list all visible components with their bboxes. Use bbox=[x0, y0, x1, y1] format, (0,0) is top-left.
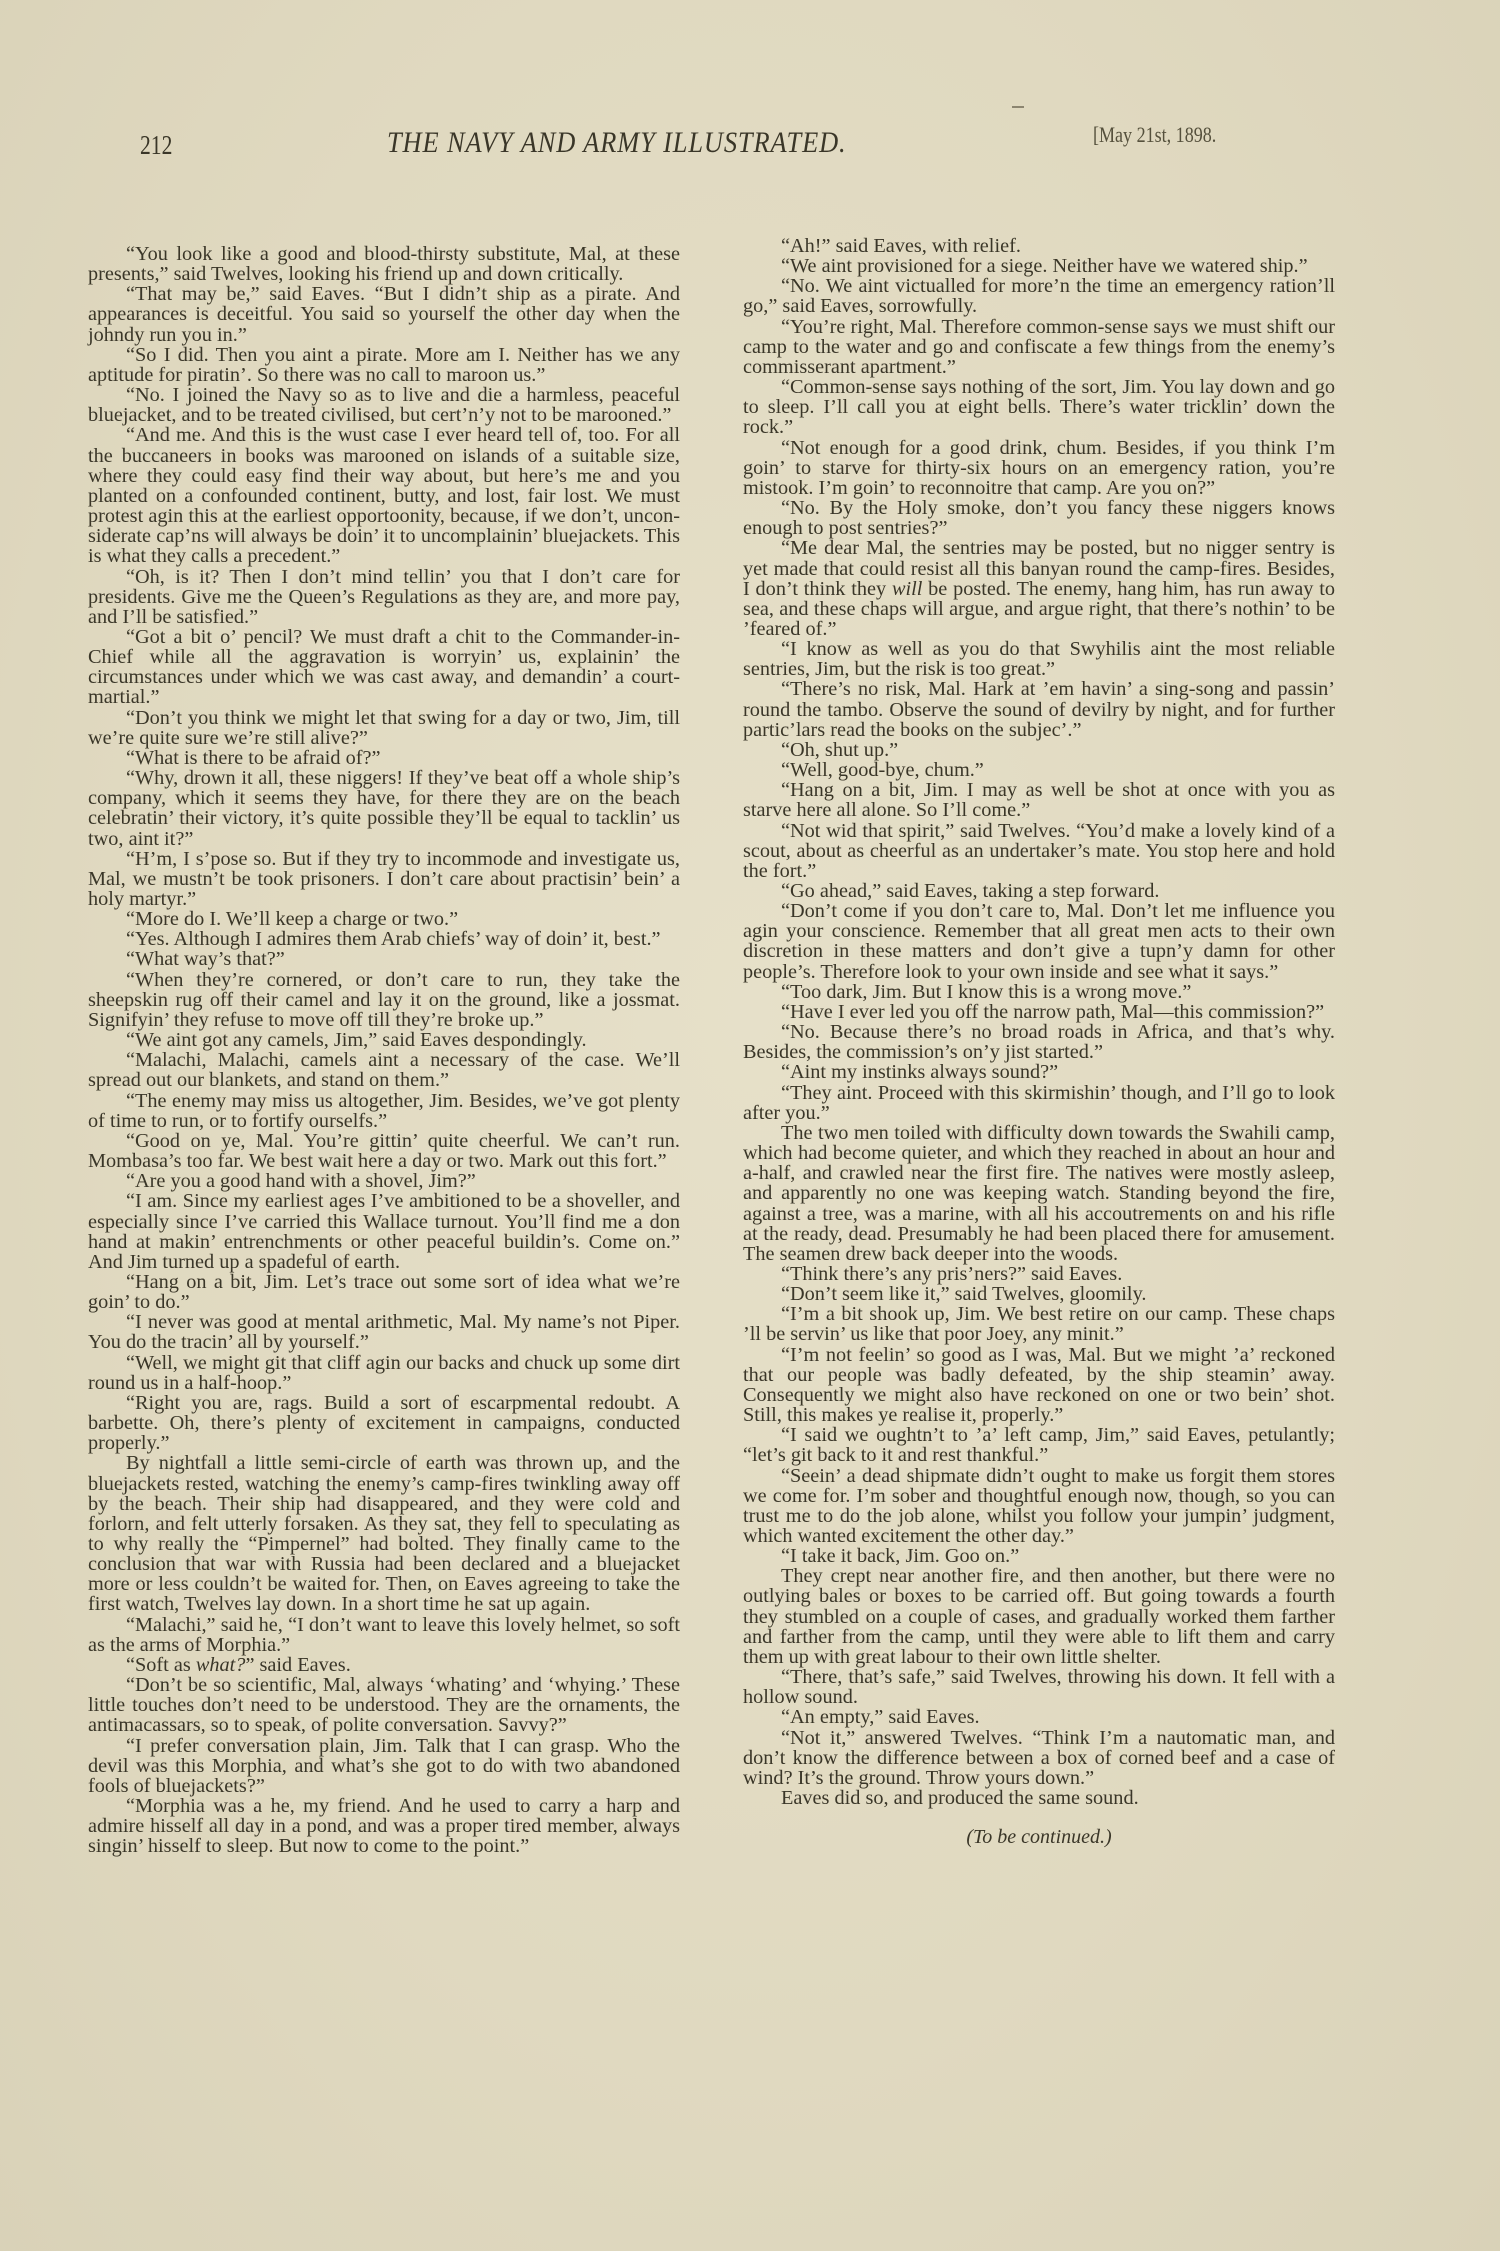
paragraph: The two men toiled with difficulty down … bbox=[743, 1123, 1335, 1264]
paragraph: “Don’t come if you don’t care to, Mal. D… bbox=[743, 901, 1335, 982]
paragraph: “H’m, I s’pose so. But if they try to in… bbox=[88, 849, 680, 909]
paragraph: “Why, drown it all, these niggers! If th… bbox=[88, 768, 680, 849]
paragraph: “Don’t be so scientific, Mal, always ‘wh… bbox=[88, 1675, 680, 1735]
paragraph: “I prefer conversation plain, Jim. Talk … bbox=[88, 1736, 680, 1796]
paragraph: “Yes. Although I admires them Arab chief… bbox=[88, 929, 680, 949]
paragraph: “You look like a good and blood-thirsty … bbox=[88, 244, 680, 284]
right-column: “Ah!” said Eaves, with relief.“We aint p… bbox=[743, 236, 1335, 1867]
paragraph: “Common-sense says nothing of the sort, … bbox=[743, 377, 1335, 437]
paragraph: “Oh, is it? Then I don’t mind tellin’ yo… bbox=[88, 567, 680, 627]
paragraph: “Go ahead,” said Eaves, taking a step fo… bbox=[743, 881, 1335, 901]
paragraph: “Me dear Mal, the sentries may be posted… bbox=[743, 538, 1335, 639]
to-be-continued-note: (To be continued.) bbox=[743, 1827, 1335, 1847]
paragraph: “I am. Since my earliest ages I’ve ambit… bbox=[88, 1191, 680, 1272]
paragraph: “You’re right, Mal. Therefore common-sen… bbox=[743, 317, 1335, 377]
paragraph: “Soft as what?” said Eaves. bbox=[88, 1655, 680, 1675]
paragraph: “Don’t you think we might let that swing… bbox=[88, 708, 680, 748]
journal-title: THE NAVY AND ARMY ILLUSTRATED. bbox=[387, 126, 847, 160]
paragraph: “I’m not feelin’ so good as I was, Mal. … bbox=[743, 1345, 1335, 1426]
paragraph: “Seein’ a dead shipmate didn’t ought to … bbox=[743, 1466, 1335, 1547]
paragraph: “We aint got any camels, Jim,” said Eave… bbox=[88, 1030, 680, 1050]
paragraph: “I never was good at mental arithmetic, … bbox=[88, 1312, 680, 1352]
paragraph: “Too dark, Jim. But I know this is a wro… bbox=[743, 982, 1335, 1002]
paragraph: “They aint. Proceed with this skirmishin… bbox=[743, 1083, 1335, 1123]
issue-date: [May 21st, 1898. bbox=[1093, 122, 1216, 148]
paragraph: “Well, good-bye, chum.” bbox=[743, 760, 1335, 780]
paragraph: “What is there to be afraid of?” bbox=[88, 748, 680, 768]
paragraph: “Aint my instinks always sound?” bbox=[743, 1062, 1335, 1082]
paragraph: “Don’t seem like it,” said Twelves, gloo… bbox=[743, 1284, 1335, 1304]
paragraph: “When they’re cornered, or don’t care to… bbox=[88, 970, 680, 1030]
paragraph: “Not wid that spirit,” said Twelves. “Yo… bbox=[743, 821, 1335, 881]
paragraph: “We aint provisioned for a siege. Neithe… bbox=[743, 256, 1335, 276]
paragraph: “No. By the Holy smoke, don’t you fancy … bbox=[743, 498, 1335, 538]
paragraph: “There’s no risk, Mal. Hark at ’em havin… bbox=[743, 679, 1335, 739]
paragraph: “Not it,” answered Twelves. “Think I’m a… bbox=[743, 1728, 1335, 1788]
paragraph: “I know as well as you do that Swyhilis … bbox=[743, 639, 1335, 679]
paragraph: “That may be,” said Eaves. “But I didn’t… bbox=[88, 284, 680, 344]
paragraph: “Think there’s any pris’ners?” said Eave… bbox=[743, 1264, 1335, 1284]
page-header: 212 THE NAVY AND ARMY ILLUSTRATED. [May … bbox=[140, 122, 1340, 162]
paragraph: “Hang on a bit, Jim. Let’s trace out som… bbox=[88, 1272, 680, 1312]
paragraph: “Hang on a bit, Jim. I may as well be sh… bbox=[743, 780, 1335, 820]
paragraph: They crept near another fire, and then a… bbox=[743, 1566, 1335, 1667]
paragraph: “Right you are, rags. Build a sort of es… bbox=[88, 1393, 680, 1453]
paragraph: Eaves did so, and produced the same soun… bbox=[743, 1788, 1335, 1808]
paragraph: “Good on ye, Mal. You’re gittin’ quite c… bbox=[88, 1131, 680, 1171]
paragraph: “What way’s that?” bbox=[88, 949, 680, 969]
paragraph: “Malachi,” said he, “I don’t want to lea… bbox=[88, 1615, 680, 1655]
paragraph: “An empty,” said Eaves. bbox=[743, 1707, 1335, 1727]
paragraph: By nightfall a little semi-circle of ear… bbox=[88, 1453, 680, 1614]
paragraph: “Are you a good hand with a shovel, Jim?… bbox=[88, 1171, 680, 1191]
print-mark bbox=[1012, 106, 1024, 108]
page-number: 212 bbox=[140, 130, 172, 161]
paragraph: “No. I joined the Navy so as to live and… bbox=[88, 385, 680, 425]
paragraph: “So I did. Then you aint a pirate. More … bbox=[88, 345, 680, 385]
left-column: “You look like a good and blood-thirsty … bbox=[88, 244, 680, 1857]
paragraph: “And me. And this is the wust case I eve… bbox=[88, 425, 680, 566]
paragraph: “I said we oughtn’t to ’a’ left camp, Ji… bbox=[743, 1425, 1335, 1465]
paragraph: “The enemy may miss us altogether, Jim. … bbox=[88, 1091, 680, 1131]
paragraph: “More do I. We’ll keep a charge or two.” bbox=[88, 909, 680, 929]
paragraph: “I take it back, Jim. Goo on.” bbox=[743, 1546, 1335, 1566]
paragraph: “Got a bit o’ pencil? We must draft a ch… bbox=[88, 627, 680, 708]
paragraph: “No. We aint victualled for more’n the t… bbox=[743, 276, 1335, 316]
paragraph: “Malachi, Malachi, camels aint a necessa… bbox=[88, 1050, 680, 1090]
paragraph: “Have I ever led you off the narrow path… bbox=[743, 1002, 1335, 1022]
paragraph: “Oh, shut up.” bbox=[743, 740, 1335, 760]
paragraph: “I’m a bit shook up, Jim. We best retire… bbox=[743, 1304, 1335, 1344]
paragraph: “Not enough for a good drink, chum. Besi… bbox=[743, 438, 1335, 498]
paragraph: “There, that’s safe,” said Twelves, thro… bbox=[743, 1667, 1335, 1707]
paragraph: “Morphia was a he, my friend. And he use… bbox=[88, 1796, 680, 1856]
magazine-page: 212 THE NAVY AND ARMY ILLUSTRATED. [May … bbox=[0, 0, 1500, 2251]
paragraph: “Well, we might git that cliff agin our … bbox=[88, 1353, 680, 1393]
emphasis: will bbox=[892, 578, 922, 600]
paragraph: “Ah!” said Eaves, with relief. bbox=[743, 236, 1335, 256]
paragraph: “No. Because there’s no broad roads in A… bbox=[743, 1022, 1335, 1062]
emphasis: what? bbox=[196, 1654, 246, 1676]
